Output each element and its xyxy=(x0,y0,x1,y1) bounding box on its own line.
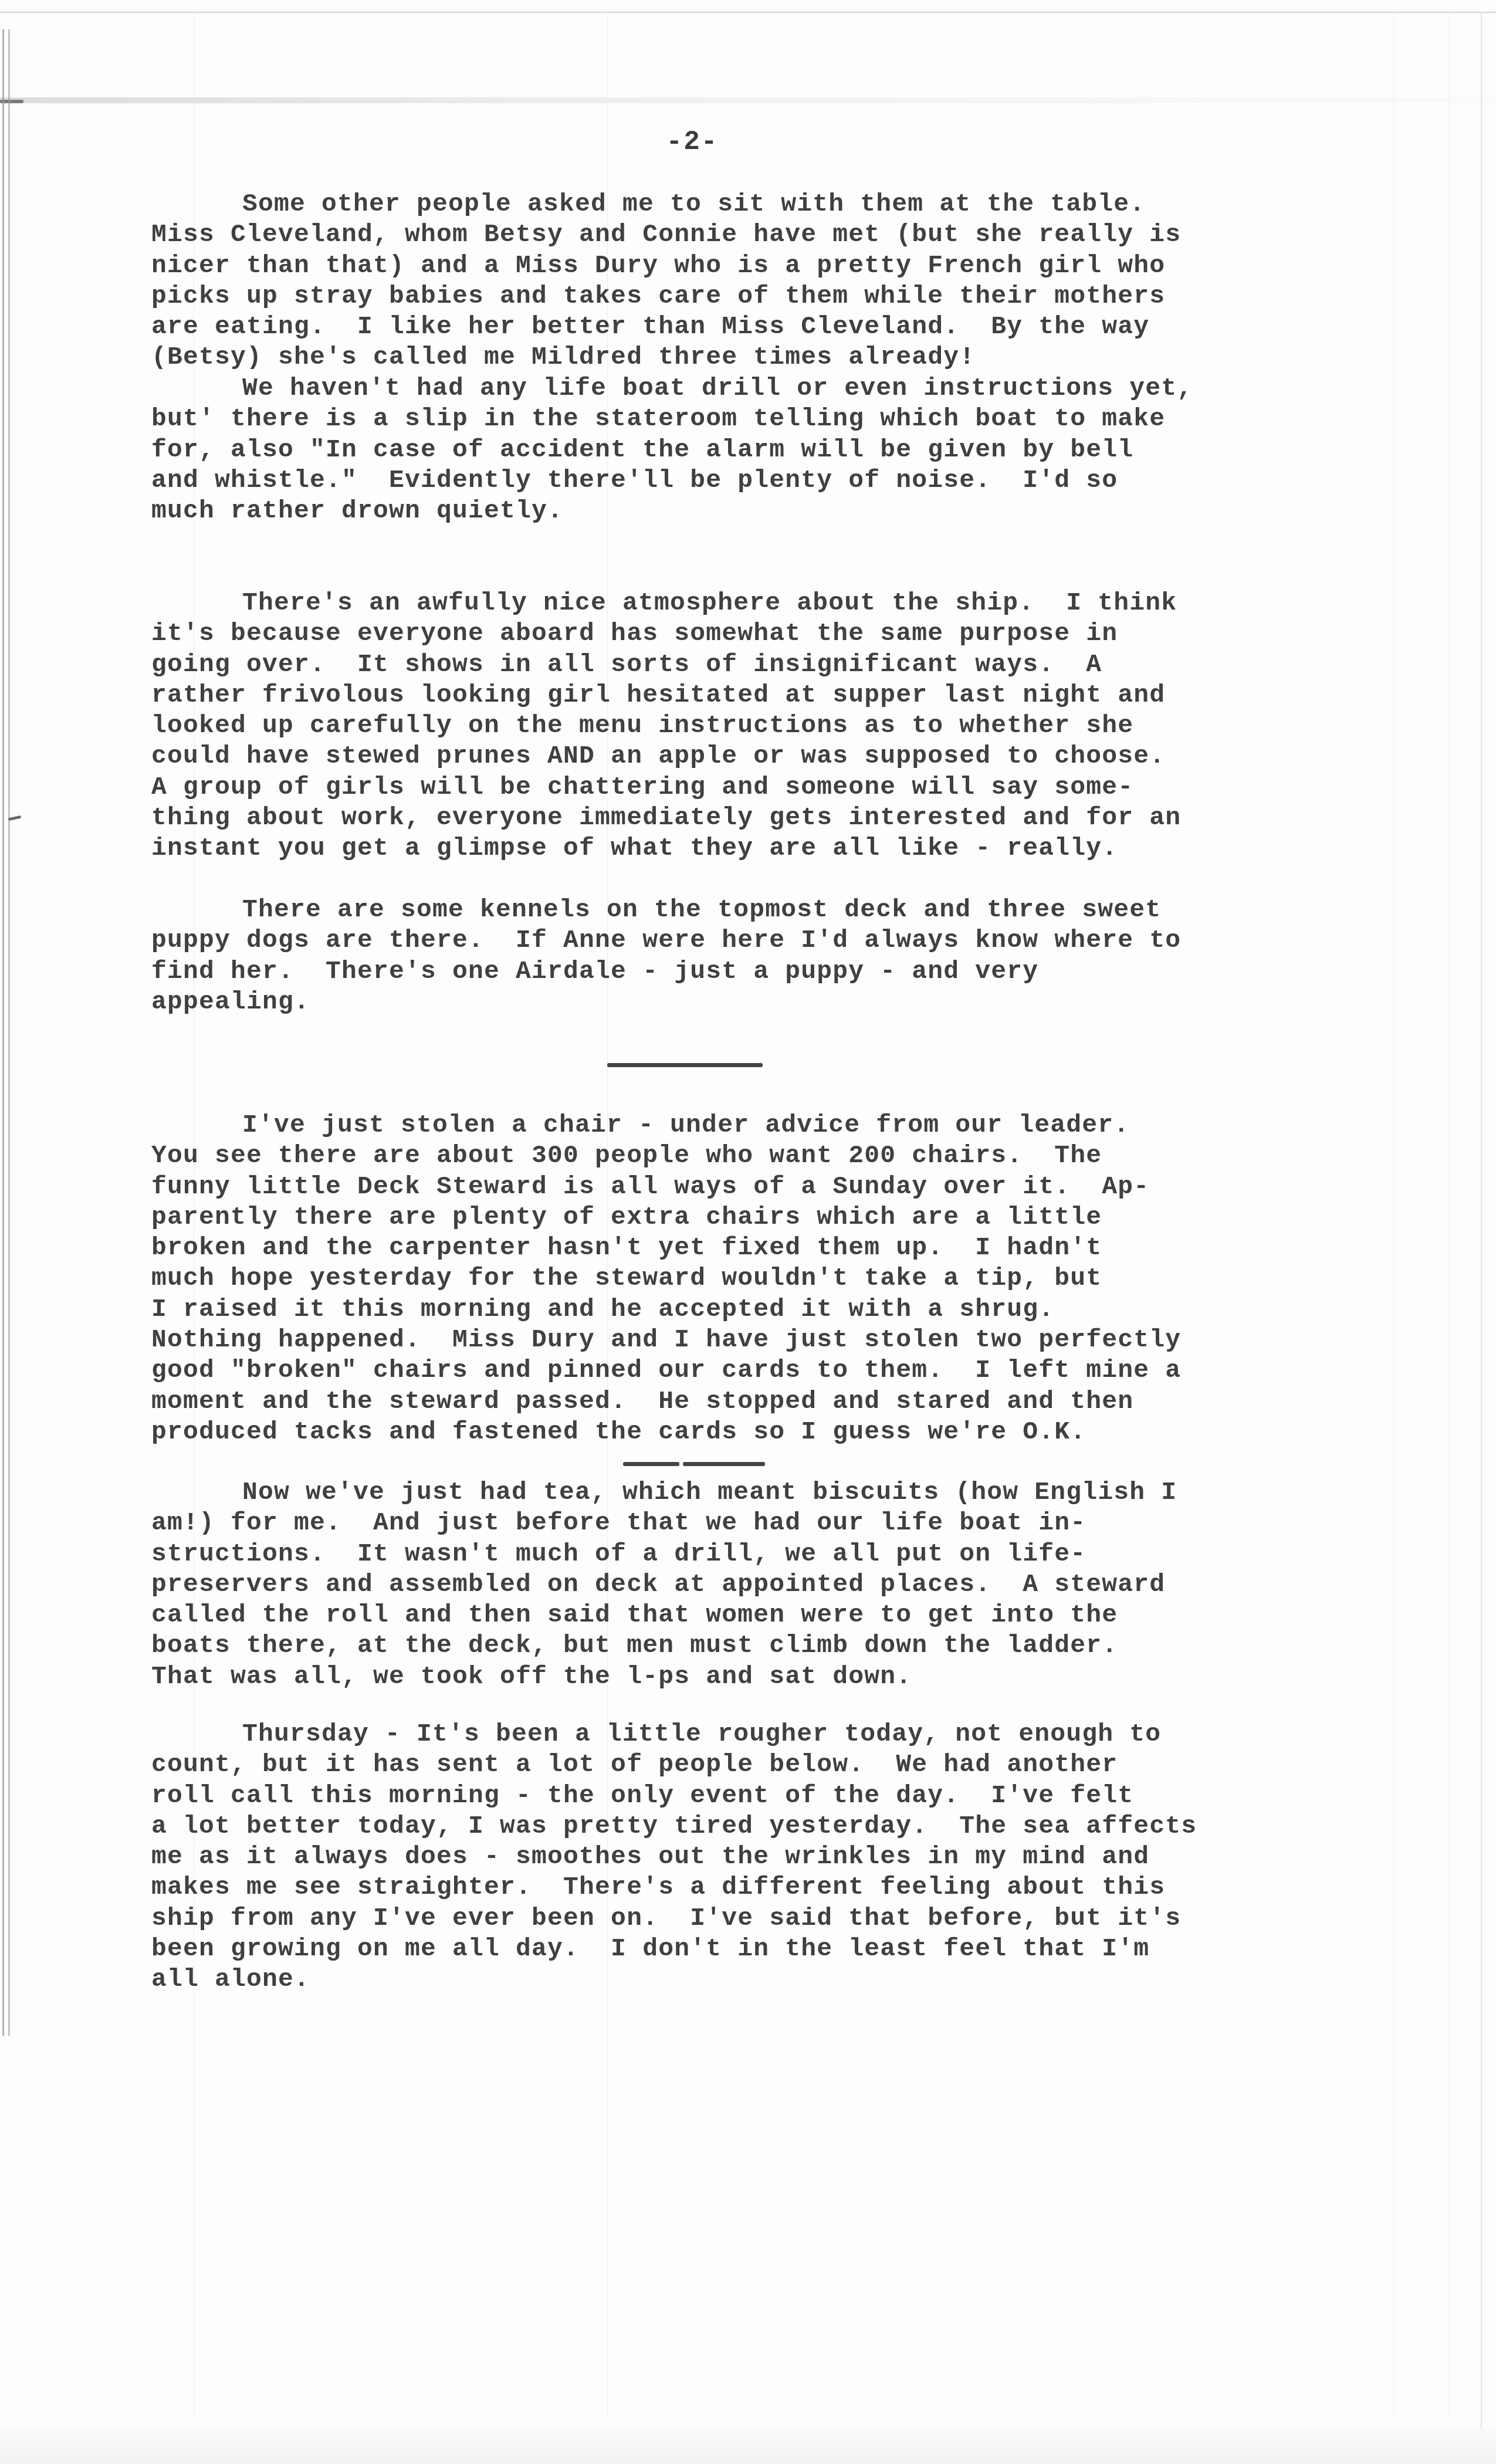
text-line: A group of girls will be chattering and … xyxy=(151,772,1383,803)
text-line: good "broken" chairs and pinned our card… xyxy=(151,1355,1383,1386)
text-line: boats there, at the deck, but men must c… xyxy=(151,1630,1383,1661)
text-line: are eating. I like her better than Miss … xyxy=(151,312,1383,342)
text-line: Nothing happened. Miss Dury and I have j… xyxy=(151,1325,1383,1355)
scan-top-edge xyxy=(0,12,1496,13)
text-line: much rather drown quietly. xyxy=(151,496,1383,526)
section-separator xyxy=(623,1462,679,1466)
text-line: a lot better today, I was pretty tired y… xyxy=(151,1811,1383,1842)
text-line: preservers and assembled on deck at appo… xyxy=(151,1569,1383,1600)
scan-streak xyxy=(1449,12,1450,2417)
paragraph: Thursday - It's been a little rougher to… xyxy=(151,1719,1383,1995)
text-line: There are some kennels on the topmost de… xyxy=(151,895,1383,925)
text-line: parently there are plenty of extra chair… xyxy=(151,1202,1383,1233)
text-line: and whistle." Evidently there'll be plen… xyxy=(151,465,1383,496)
text-line: You see there are about 300 people who w… xyxy=(151,1140,1383,1171)
text-line: going over. It shows in all sorts of ins… xyxy=(151,649,1383,680)
text-line: I've just stolen a chair - under advice … xyxy=(151,1110,1383,1140)
page-right-edge xyxy=(1481,12,1482,2452)
text-line: been growing on me all day. I don't in t… xyxy=(151,1934,1383,1964)
text-line: produced tacks and fastened the cards so… xyxy=(151,1417,1383,1447)
text-line: Thursday - It's been a little rougher to… xyxy=(151,1719,1383,1749)
text-line: it's because everyone aboard has somewha… xyxy=(151,618,1383,649)
paragraph: We haven't had any life boat drill or ev… xyxy=(151,373,1383,526)
text-line: picks up stray babies and takes care of … xyxy=(151,281,1383,312)
text-line: ship from any I've ever been on. I've sa… xyxy=(151,1903,1383,1934)
text-line: could have stewed prunes AND an apple or… xyxy=(151,741,1383,771)
binding-line xyxy=(2,29,4,2036)
text-line: structions. It wasn't much of a drill, w… xyxy=(151,1539,1383,1569)
text-line: for, also "In case of accident the alarm… xyxy=(151,435,1383,465)
text-line: That was all, we took off the l-ps and s… xyxy=(151,1661,1383,1692)
text-line: moment and the steward passed. He stoppe… xyxy=(151,1386,1383,1417)
text-line: broken and the carpenter hasn't yet fixe… xyxy=(151,1233,1383,1263)
text-line: appealing. xyxy=(151,987,1383,1017)
text-line: roll call this morning - the only event … xyxy=(151,1781,1383,1811)
text-line: but' there is a slip in the stateroom te… xyxy=(151,404,1383,434)
text-line: looked up carefully on the menu instruct… xyxy=(151,710,1383,741)
text-line: makes me see straighter. There's a diffe… xyxy=(151,1872,1383,1903)
text-line: nicer than that) and a Miss Dury who is … xyxy=(151,251,1383,281)
paragraph: There are some kennels on the topmost de… xyxy=(151,895,1383,1017)
text-line: instant you get a glimpse of what they a… xyxy=(151,833,1383,864)
text-line: me as it always does - smoothes out the … xyxy=(151,1842,1383,1872)
scan-mark xyxy=(8,815,22,821)
scanned-page: -2- Some other people asked me to sit wi… xyxy=(0,0,1496,2464)
paragraph: There's an awfully nice atmosphere about… xyxy=(151,588,1383,864)
text-line: much hope yesterday for the steward woul… xyxy=(151,1263,1383,1294)
text-line: I raised it this morning and he accepted… xyxy=(151,1294,1383,1325)
page-bottom-edge xyxy=(0,2429,1496,2464)
paragraph: I've just stolen a chair - under advice … xyxy=(151,1110,1383,1447)
text-line: all alone. xyxy=(151,1964,1383,1995)
text-line: puppy dogs are there. If Anne were here … xyxy=(151,925,1383,956)
text-line: Now we've just had tea, which meant bisc… xyxy=(151,1477,1383,1508)
text-line: Miss Cleveland, whom Betsy and Connie ha… xyxy=(151,219,1383,250)
text-line: called the roll and then said that women… xyxy=(151,1600,1383,1630)
section-separator xyxy=(683,1462,765,1466)
text-line: Some other people asked me to sit with t… xyxy=(151,189,1383,219)
text-line: There's an awfully nice atmosphere about… xyxy=(151,588,1383,618)
paragraph: Now we've just had tea, which meant bisc… xyxy=(151,1477,1383,1692)
text-line: funny little Deck Steward is all ways of… xyxy=(151,1172,1383,1202)
text-line: am!) for me. And just before that we had… xyxy=(151,1508,1383,1538)
text-line: count, but it has sent a lot of people b… xyxy=(151,1749,1383,1780)
page-number: -2- xyxy=(657,127,727,157)
scan-smudge xyxy=(0,97,1496,103)
scan-streak xyxy=(1393,12,1394,2417)
paragraph: Some other people asked me to sit with t… xyxy=(151,189,1383,373)
text-line: We haven't had any life boat drill or ev… xyxy=(151,373,1383,404)
text-line: rather frivolous looking girl hesitated … xyxy=(151,680,1383,710)
text-line: thing about work, everyone immediately g… xyxy=(151,803,1383,833)
binding-line xyxy=(8,29,10,2036)
text-line: find her. There's one Airdale - just a p… xyxy=(151,956,1383,987)
text-line: (Betsy) she's called me Mildred three ti… xyxy=(151,342,1383,373)
section-separator xyxy=(607,1063,763,1067)
